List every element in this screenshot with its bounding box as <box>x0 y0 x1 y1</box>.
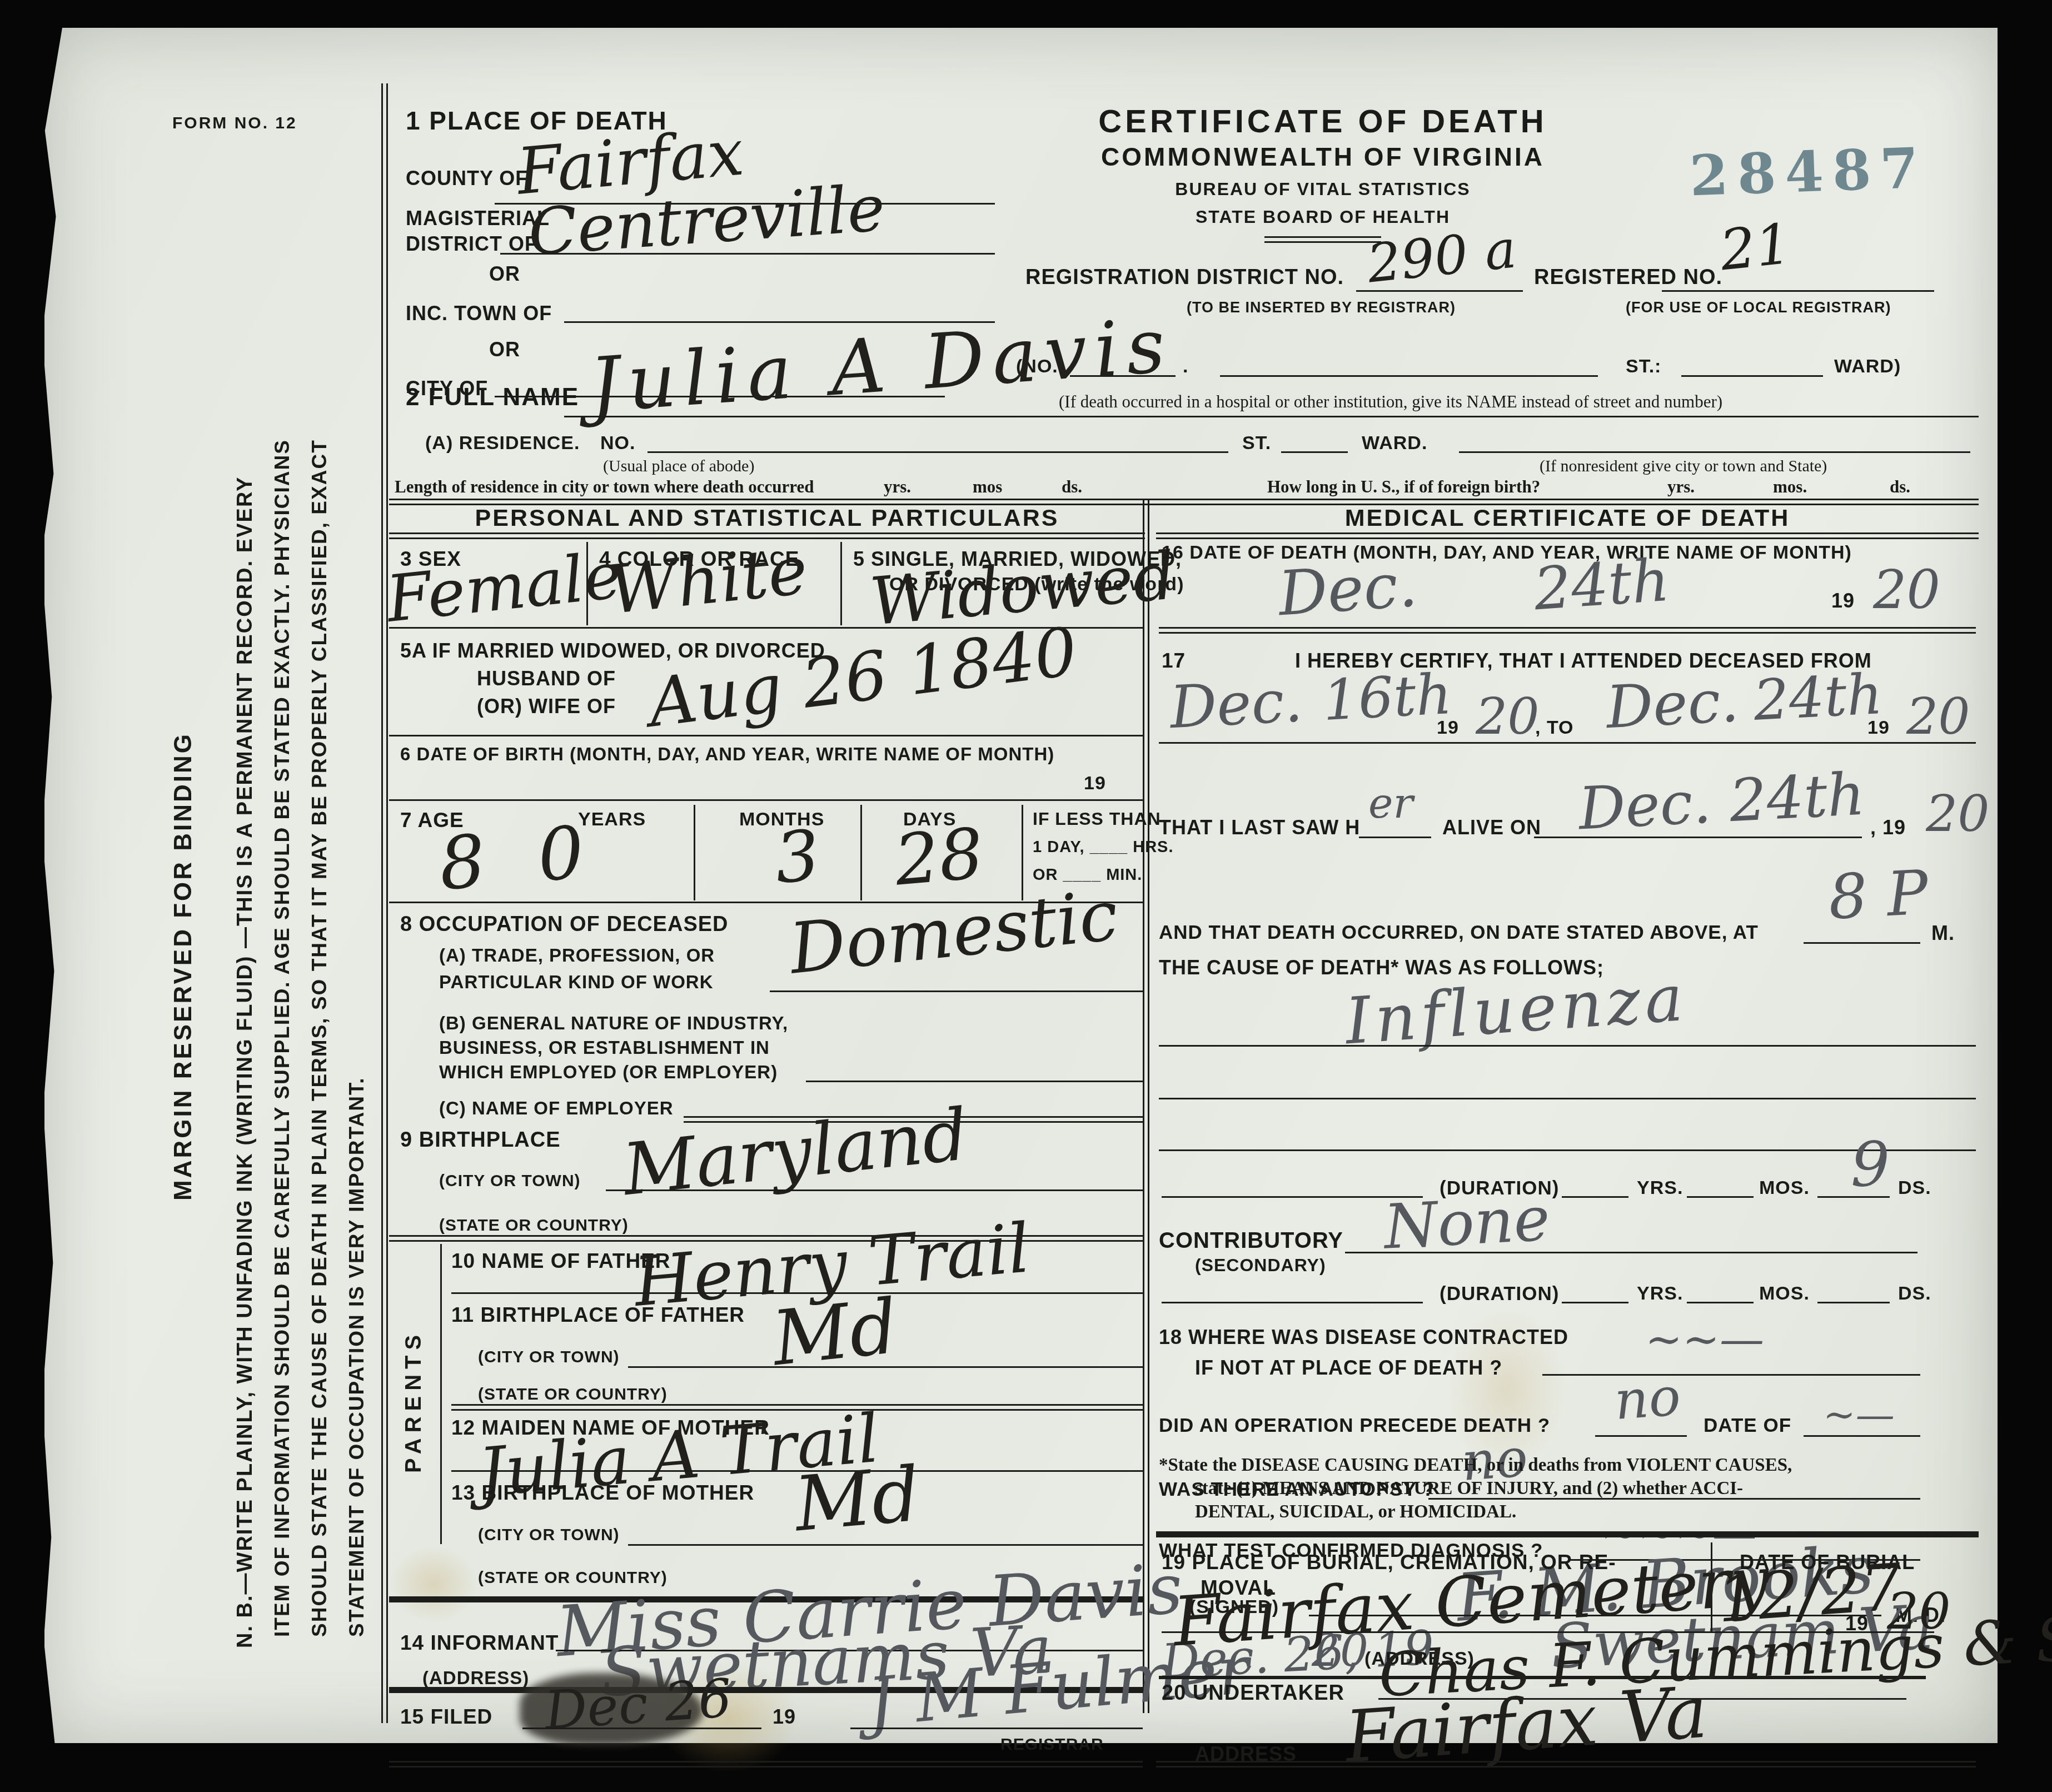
city-or-town-note: (CITY OR TOWN) <box>439 1172 581 1191</box>
death-time-value: 8 P <box>1827 862 1929 928</box>
rule <box>648 451 1228 453</box>
rule <box>1345 1252 1917 1253</box>
street-ward-label: WARD) <box>1834 356 1901 377</box>
last-saw-year-printed: , 19 <box>1870 816 1906 839</box>
occupation-a-label2: PARTICULAR KIND OF WORK <box>439 972 714 993</box>
contributory-label: CONTRIBUTORY <box>1159 1228 1343 1253</box>
parents-vertical-label: PARENTS <box>401 1330 426 1473</box>
rule <box>1804 942 1920 944</box>
margin-nb-line1: N. B.—WRITE PLAINLY, WITH UNFADING INK (… <box>233 476 257 1648</box>
rule <box>1156 1761 1976 1763</box>
rule <box>806 1081 1143 1082</box>
rule <box>389 799 1143 801</box>
district-of-label: DISTRICT OF <box>406 232 537 256</box>
rule <box>628 1366 1143 1368</box>
not-at-place-label: IF NOT AT PLACE OF DEATH ? <box>1195 1356 1502 1380</box>
father-birthplace-label: 11 BIRTHPLACE OF FATHER <box>451 1303 745 1327</box>
death-day-value: 24th <box>1532 551 1671 619</box>
to-year-printed: 19 <box>1867 717 1890 739</box>
rule <box>522 1728 761 1729</box>
rule <box>850 1728 1143 1729</box>
color-race-value: White <box>606 537 811 625</box>
rule <box>1817 1196 1890 1198</box>
rule <box>628 1544 1143 1546</box>
rule <box>1159 627 1976 629</box>
rule <box>1687 1196 1754 1198</box>
foreign-yrs-label: yrs. <box>1667 477 1695 497</box>
certify-number: 17 <box>1162 649 1186 673</box>
footnote-line2: state (1) MEANS AND NATURE OF INJURY, an… <box>1195 1479 1743 1499</box>
disease-contracted-dash: ∼∼— <box>1645 1317 1764 1362</box>
death-occurred-label: AND THAT DEATH OCCURRED, ON DATE STATED … <box>1159 922 1759 944</box>
operation-value: no <box>1613 1371 1682 1428</box>
rule <box>1562 1196 1628 1198</box>
rule <box>1281 451 1348 453</box>
or-label: OR <box>489 338 520 361</box>
rule <box>1159 742 1976 744</box>
informant-address-label: (ADDRESS) <box>422 1667 529 1689</box>
inc-town-label: INC. TOWN OF <box>406 302 552 325</box>
rule <box>564 416 1979 417</box>
section-divider-rule <box>1156 1531 1979 1537</box>
full-name-label: 2 FULL NAME <box>406 384 579 411</box>
occupation-b-label1: (B) GENERAL NATURE OF INDUSTRY, <box>439 1013 788 1034</box>
rule <box>1542 1374 1920 1376</box>
father-birthplace-value: Md <box>769 1289 902 1377</box>
registered-no-value: 21 <box>1717 216 1794 279</box>
rule <box>451 1404 1143 1406</box>
mother-birthplace-label: 13 BIRTHPLACE OF MOTHER <box>451 1481 754 1505</box>
commonwealth-subtitle: COMMONWEALTH OF VIRGINIA <box>1028 142 1617 172</box>
state-or-country-note: (STATE OR COUNTRY) <box>478 1385 668 1404</box>
registrar-insert-note: (TO BE INSERTED BY REGISTRAR) <box>1187 299 1456 316</box>
duration-yrs-label: YRS. <box>1637 1283 1683 1305</box>
form-number: FORM NO. 12 <box>172 114 297 133</box>
duration-yrs-label: YRS. <box>1637 1177 1683 1199</box>
length-yrs-label: yrs. <box>884 477 911 497</box>
margin-nb-line2: ITEM OF INFORMATION SHOULD BE CAREFULLY … <box>271 439 294 1637</box>
birthplace-label: 9 BIRTHPLACE <box>400 1128 561 1152</box>
age-months-value: 3 <box>773 821 823 894</box>
nonresident-note: (If nonresident give city or town and St… <box>1540 457 1827 476</box>
date-of-death-label: 16 DATE OF DEATH (MONTH, DAY, AND YEAR, … <box>1162 542 1852 564</box>
rule <box>1662 290 1934 292</box>
wife-of-label: (OR) WIFE OF <box>477 695 616 718</box>
foreign-mos-label: mos. <box>1773 477 1807 497</box>
county-label: COUNTY OF <box>406 167 528 190</box>
residence-no-label: NO. <box>600 432 635 454</box>
rule <box>1159 1098 1976 1099</box>
undertaker-label: 20 UNDERTAKER <box>1162 1681 1344 1705</box>
death-year-value: 20 <box>1873 564 1940 617</box>
duration-mos-label: MOS. <box>1759 1283 1810 1305</box>
rule <box>1156 532 1979 534</box>
one-day-hrs-label: 1 DAY, ____ HRS. <box>1033 838 1174 857</box>
contributory-value: None <box>1382 1188 1551 1257</box>
rule <box>1162 1302 1423 1303</box>
attended-to-month: Dec. <box>1605 672 1740 737</box>
footnote-line1: *State the DISEASE CAUSING DEATH, or in … <box>1159 1455 1792 1476</box>
city-or-town-note: (CITY OR TOWN) <box>478 1348 620 1367</box>
duration-ds-label: DS. <box>1898 1177 1931 1199</box>
board-subtitle: STATE BOARD OF HEALTH <box>1028 207 1617 227</box>
street-dot: . <box>1183 356 1188 377</box>
abode-note: (Usual place of abode) <box>603 457 754 476</box>
date-of-birth-label: 6 DATE OF BIRTH (MONTH, DAY, AND YEAR, W… <box>400 744 1054 765</box>
certificate-number-stamp: 28487 <box>1689 135 1929 209</box>
disease-contracted-label: 18 WHERE WAS DISEASE CONTRACTED <box>1159 1326 1568 1349</box>
form-left-border <box>381 83 383 1723</box>
rule <box>1804 1435 1920 1437</box>
residence-st-label: ST. <box>1242 432 1271 454</box>
last-saw-year-value: 20 <box>1926 789 1990 839</box>
bureau-subtitle: BUREAU OF VITAL STATISTICS <box>1028 179 1617 200</box>
alive-on-label: ALIVE ON <box>1442 816 1541 839</box>
residence-ward-label: WARD. <box>1362 432 1427 454</box>
or-label: OR <box>489 262 520 286</box>
rule <box>1687 1302 1754 1303</box>
duration-mos-label: MOS. <box>1759 1177 1810 1199</box>
attended-from-month: Dec. <box>1168 672 1304 737</box>
length-ds-label: ds. <box>1062 477 1082 497</box>
occupation-c-label: (C) NAME OF EMPLOYER <box>439 1098 674 1119</box>
rule <box>770 990 1143 992</box>
state-or-country-note: (STATE OR COUNTRY) <box>439 1216 629 1235</box>
rule <box>500 253 995 255</box>
rule <box>389 532 1145 534</box>
parents-bracket-line <box>440 1244 442 1544</box>
rule <box>1159 1045 1976 1047</box>
length-mos-label: mos <box>973 477 1002 497</box>
death-month-value: Dec. <box>1276 554 1419 624</box>
rule <box>1459 451 1970 453</box>
rule <box>1534 837 1862 838</box>
rule <box>1595 1435 1687 1437</box>
duration-ds-label: DS. <box>1898 1283 1931 1305</box>
length-residence-label: Length of residence in city or town wher… <box>395 477 814 497</box>
filed-label: 15 FILED <box>400 1705 492 1729</box>
occupation-b-label2: BUSINESS, OR ESTABLISHMENT IN <box>439 1037 770 1058</box>
cell-divider <box>840 542 842 625</box>
to-label: , TO <box>1535 717 1574 739</box>
rule <box>1681 375 1823 377</box>
attended-to-year: 20 <box>1906 692 1970 742</box>
registration-district-label: REGISTRATION DISTRICT NO. <box>1025 266 1344 290</box>
scanned-death-certificate: FORM NO. 12 MARGIN RESERVED FOR BINDING … <box>0 0 2052 1792</box>
age-years-value: 80 <box>436 812 639 900</box>
death-m-label: M. <box>1931 922 1955 945</box>
rule <box>606 1189 1143 1191</box>
attended-from-day: 16th <box>1322 666 1453 729</box>
registered-no-label: REGISTERED NO. <box>1534 266 1722 290</box>
duration-days-value: 9 <box>1851 1134 1890 1195</box>
cell-divider <box>860 805 862 900</box>
dob-year-printed: 19 <box>1084 773 1106 794</box>
street-st-label: ST.: <box>1626 356 1661 377</box>
occupation-a-label1: (A) TRADE, PROFESSION, OR <box>439 945 715 966</box>
husband-of-label: HUSBAND OF <box>477 667 616 690</box>
registration-district-value: 290 a <box>1365 223 1519 291</box>
column-divider <box>1143 499 1144 1713</box>
rule <box>1356 290 1523 292</box>
mother-birthplace-value: Md <box>792 1456 923 1542</box>
registrar-label: REGISTRAR <box>1000 1735 1104 1754</box>
attended-from-year: 20 <box>1476 692 1540 742</box>
hospital-note: (If death occurred in a hospital or othe… <box>1059 392 1722 412</box>
rule <box>389 735 1143 736</box>
foreign-ds-label: ds. <box>1890 477 1910 497</box>
margin-binding-note: MARGIN RESERVED FOR BINDING <box>170 732 197 1201</box>
date-of-label: DATE OF <box>1704 1415 1791 1437</box>
rule <box>389 499 1979 500</box>
footnote-line3: DENTAL, SUICIDAL, or HOMICIDAL. <box>1195 1502 1516 1522</box>
duration-label: (DURATION) <box>1440 1283 1559 1305</box>
occupation-b-label3: WHICH EMPLOYED (OR EMPLOYER) <box>439 1062 778 1083</box>
personal-particulars-title: PERSONAL AND STATISTICAL PARTICULARS <box>389 505 1145 532</box>
margin-nb-line3: SHOULD STATE THE CAUSE OF DEATH IN PLAIN… <box>308 439 331 1637</box>
city-or-town-note: (CITY OR TOWN) <box>478 1526 620 1545</box>
filed-year-printed: 19 <box>773 1705 796 1729</box>
rule <box>1220 375 1598 377</box>
rule <box>1264 236 1381 238</box>
rule <box>1359 837 1431 838</box>
medical-certificate-title: MEDICAL CERTIFICATE OF DEATH <box>1156 505 1979 532</box>
residence-label: (A) RESIDENCE. <box>425 432 580 454</box>
last-saw-label: THAT I LAST SAW H <box>1159 816 1360 839</box>
certificate-title: CERTIFICATE OF DEATH <box>1028 103 1617 140</box>
rule <box>1817 1302 1890 1303</box>
operation-date-dash: ∼— <box>1823 1395 1895 1434</box>
secondary-label: (SECONDARY) <box>1195 1255 1326 1276</box>
rule <box>389 1761 1143 1763</box>
informant-label: 14 INFORMANT <box>400 1631 559 1655</box>
occupation-label: 8 OCCUPATION OF DECEASED <box>400 913 729 937</box>
last-saw-date-value: Dec. 24th <box>1577 765 1866 839</box>
age-days-value: 28 <box>892 819 986 895</box>
attended-to-day: 24th <box>1752 666 1884 729</box>
rule <box>1562 1302 1628 1303</box>
cell-divider <box>694 805 695 900</box>
margin-nb-line4: STATEMENT OF OCCUPATION IS VERY IMPORTAN… <box>345 1077 368 1637</box>
last-saw-gender-value: er <box>1368 783 1413 824</box>
foreign-birth-label: How long in U. S., if of foreign birth? <box>1267 477 1540 497</box>
local-registrar-note: (FOR USE OF LOCAL REGISTRAR) <box>1626 299 1891 316</box>
state-or-country-note: (STATE OR COUNTRY) <box>478 1569 668 1587</box>
from-year-printed: 19 <box>1437 717 1459 739</box>
if-less-than-label: IF LESS THAN <box>1033 809 1161 829</box>
death-year-printed: 19 <box>1831 589 1855 613</box>
